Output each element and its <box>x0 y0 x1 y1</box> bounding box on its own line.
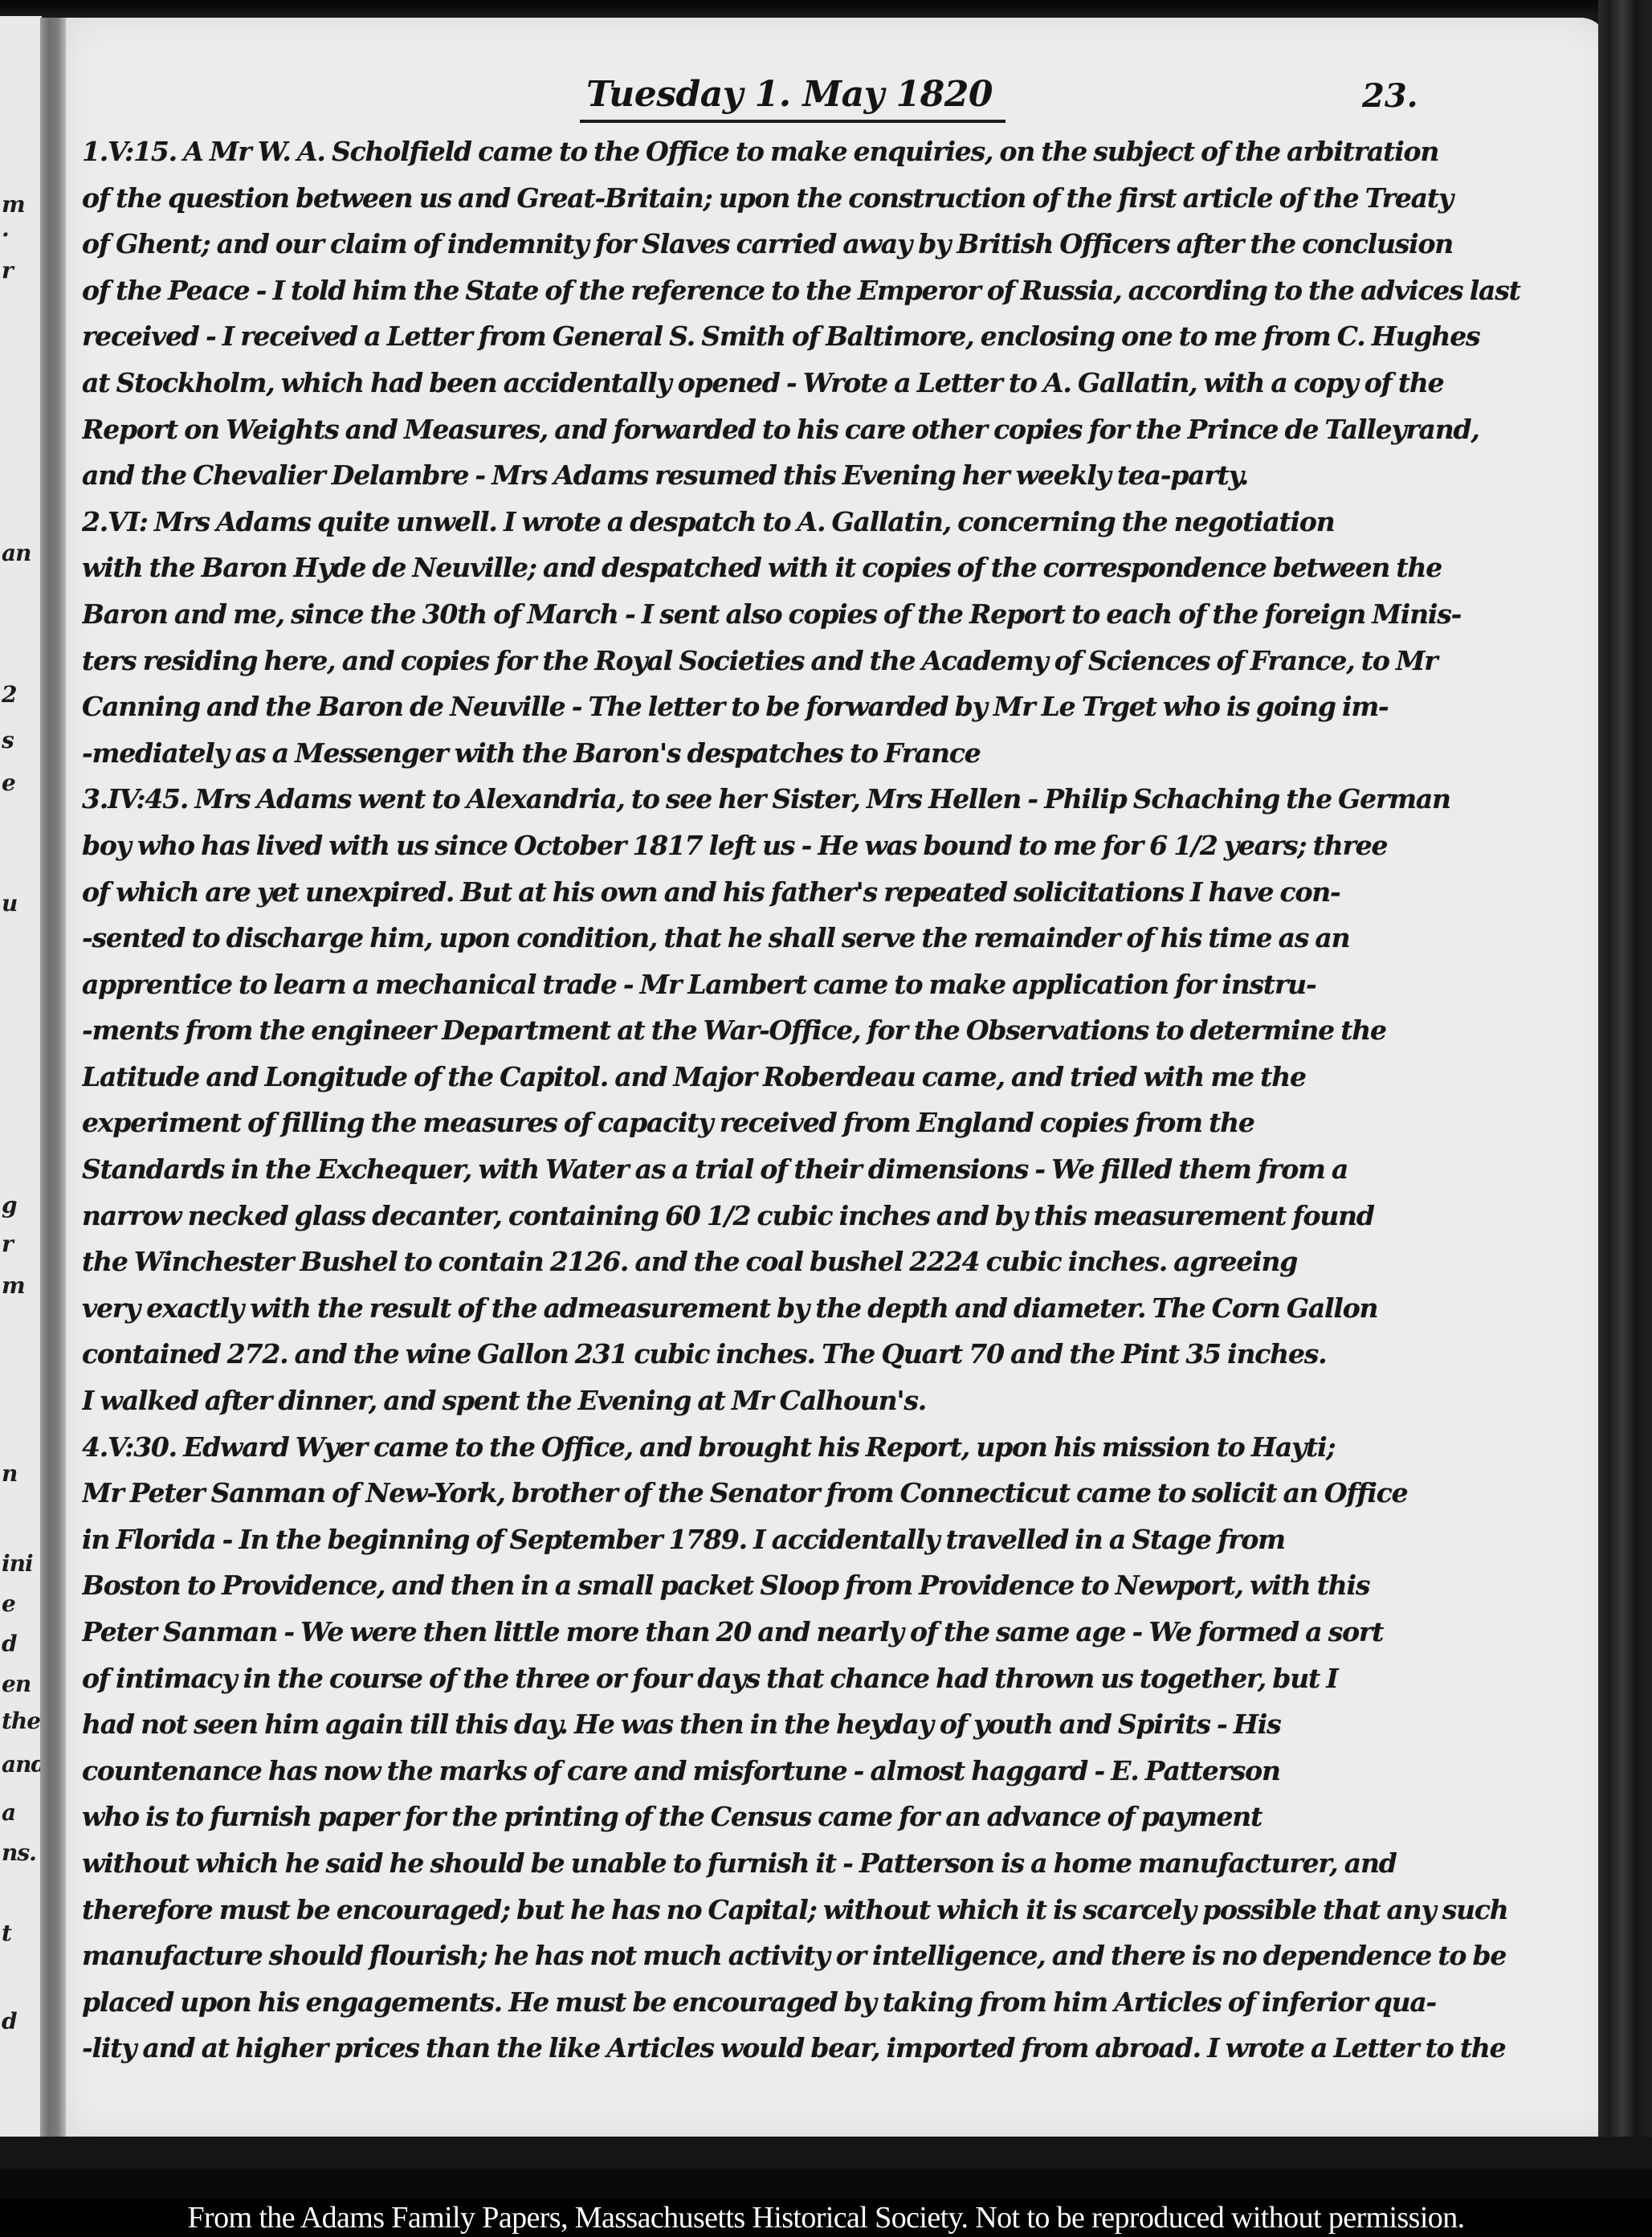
left-page-fragment: u <box>2 890 17 916</box>
left-page-fragment: n <box>2 1460 17 1487</box>
manuscript-line: who is to furnish paper for the printing… <box>82 1794 1576 1840</box>
left-page-fragment: t <box>2 1920 11 1946</box>
left-page-fragment: g <box>2 1192 17 1219</box>
manuscript-line: of the question between us and Great-Bri… <box>82 175 1576 222</box>
manuscript-line: of Ghent; and our claim of indemnity for… <box>82 221 1576 267</box>
manuscript-line: Latitude and Longitude of the Capitol. a… <box>82 1054 1576 1100</box>
left-page-fragment: e <box>2 1590 15 1617</box>
left-page-fragment: an <box>2 540 31 566</box>
manuscript-line: manufacture should flourish; he has not … <box>82 1933 1576 1979</box>
left-page-fragment: s <box>2 727 14 753</box>
manuscript-line: of the Peace - I told him the State of t… <box>82 267 1576 314</box>
manuscript-line: -ments from the engineer Department at t… <box>82 1007 1576 1054</box>
manuscript-line: 4.V:30. Edward Wyer came to the Office, … <box>82 1424 1576 1471</box>
manuscript-line: apprentice to learn a mechanical trade -… <box>82 961 1576 1008</box>
book-gutter <box>40 18 66 2138</box>
manuscript-line: without which he said he should be unabl… <box>82 1840 1576 1887</box>
left-page-fragment: e <box>2 769 15 796</box>
left-page-fragment: r <box>2 257 13 284</box>
manuscript-line: placed upon his engagements. He must be … <box>82 1979 1576 2026</box>
copyright-caption: From the Adams Family Papers, Massachuse… <box>0 2199 1652 2237</box>
manuscript-line: had not seen him again till this day. He… <box>82 1701 1576 1748</box>
manuscript-line: -mediately as a Messenger with the Baron… <box>82 730 1576 777</box>
left-page-fragment: r <box>2 1231 13 1257</box>
left-page-edge: m.ran2seugrmniniedentheandans.td <box>0 16 42 2137</box>
page-number: 23. <box>1362 77 1418 115</box>
manuscript-line: 3.IV:45. Mrs Adams went to Alexandria, t… <box>82 776 1576 823</box>
manuscript-line: Canning and the Baron de Neuville - The … <box>82 684 1576 730</box>
manuscript-line: countenance has now the marks of care an… <box>82 1748 1576 1794</box>
scanned-book-spread: m.ran2seugrmniniedentheandans.td Tuesday… <box>0 0 1652 2169</box>
left-page-fragment: d <box>2 1631 17 1657</box>
manuscript-line: ters residing here, and copies for the R… <box>82 638 1576 684</box>
manuscript-line: I walked after dinner, and spent the Eve… <box>82 1378 1576 1424</box>
manuscript-line: the Winchester Bushel to contain 2126. a… <box>82 1239 1576 1285</box>
manuscript-line: of which are yet unexpired. But at his o… <box>82 869 1576 916</box>
manuscript-line: of intimacy in the course of the three o… <box>82 1655 1576 1702</box>
left-page-fragment: the <box>2 1708 40 1734</box>
manuscript-line: Peter Sanman - We were then little more … <box>82 1609 1576 1655</box>
manuscript-line: and the Chevalier Delambre - Mrs Adams r… <box>82 452 1576 499</box>
bottom-shadow <box>0 2137 1652 2169</box>
date-heading: Tuesday 1. May 1820 <box>580 74 1005 123</box>
left-page-fragment: 2 <box>2 681 16 708</box>
manuscript-line: Baron and me, since the 30th of March - … <box>82 591 1576 638</box>
left-page-fragment: m <box>2 1272 25 1299</box>
right-book-edge <box>1598 0 1652 2169</box>
manuscript-line: contained 272. and the wine Gallon 231 c… <box>82 1331 1576 1378</box>
left-page-fragment: . <box>2 215 9 242</box>
manuscript-line: -sented to discharge him, upon condition… <box>82 915 1576 961</box>
left-page-fragment: m <box>2 191 25 218</box>
manuscript-line: boy who has lived with us since October … <box>82 823 1576 869</box>
left-page-fragment: d <box>2 2008 17 2035</box>
left-page-fragment: ini <box>2 1550 33 1577</box>
manuscript-line: very exactly with the result of the adme… <box>82 1285 1576 1332</box>
manuscript-line: at Stockholm, which had been accidentall… <box>82 360 1576 406</box>
left-page-fragment: a <box>2 1799 15 1826</box>
manuscript-line: experiment of filling the measures of ca… <box>82 1100 1576 1146</box>
manuscript-line: 2.VI: Mrs Adams quite unwell. I wrote a … <box>82 499 1576 545</box>
manuscript-line: in Florida - In the beginning of Septemb… <box>82 1517 1576 1563</box>
left-page-fragment: en <box>2 1671 31 1697</box>
left-page-fragment: ns. <box>2 1839 36 1866</box>
manuscript-line: Mr Peter Sanman of New-York, brother of … <box>82 1470 1576 1517</box>
diary-text-body: 1.V:15. A Mr W. A. Scholfield came to th… <box>82 129 1576 2072</box>
caption-gap <box>0 2169 1652 2199</box>
left-page-fragment: and <box>2 1751 42 1778</box>
manuscript-line: Boston to Providence, and then in a smal… <box>82 1562 1576 1609</box>
manuscript-line: Standards in the Exchequer, with Water a… <box>82 1146 1576 1193</box>
manuscript-line: therefore must be encouraged; but he has… <box>82 1887 1576 1933</box>
manuscript-line: received - I received a Letter from Gene… <box>82 313 1576 360</box>
manuscript-line: with the Baron Hyde de Neuville; and des… <box>82 545 1576 591</box>
top-shadow <box>0 0 1652 18</box>
manuscript-line: -lity and at higher prices than the like… <box>82 2025 1576 2072</box>
manuscript-line: narrow necked glass decanter, containing… <box>82 1193 1576 1239</box>
manuscript-line: 1.V:15. A Mr W. A. Scholfield came to th… <box>82 129 1576 175</box>
manuscript-line: Report on Weights and Measures, and forw… <box>82 406 1576 453</box>
